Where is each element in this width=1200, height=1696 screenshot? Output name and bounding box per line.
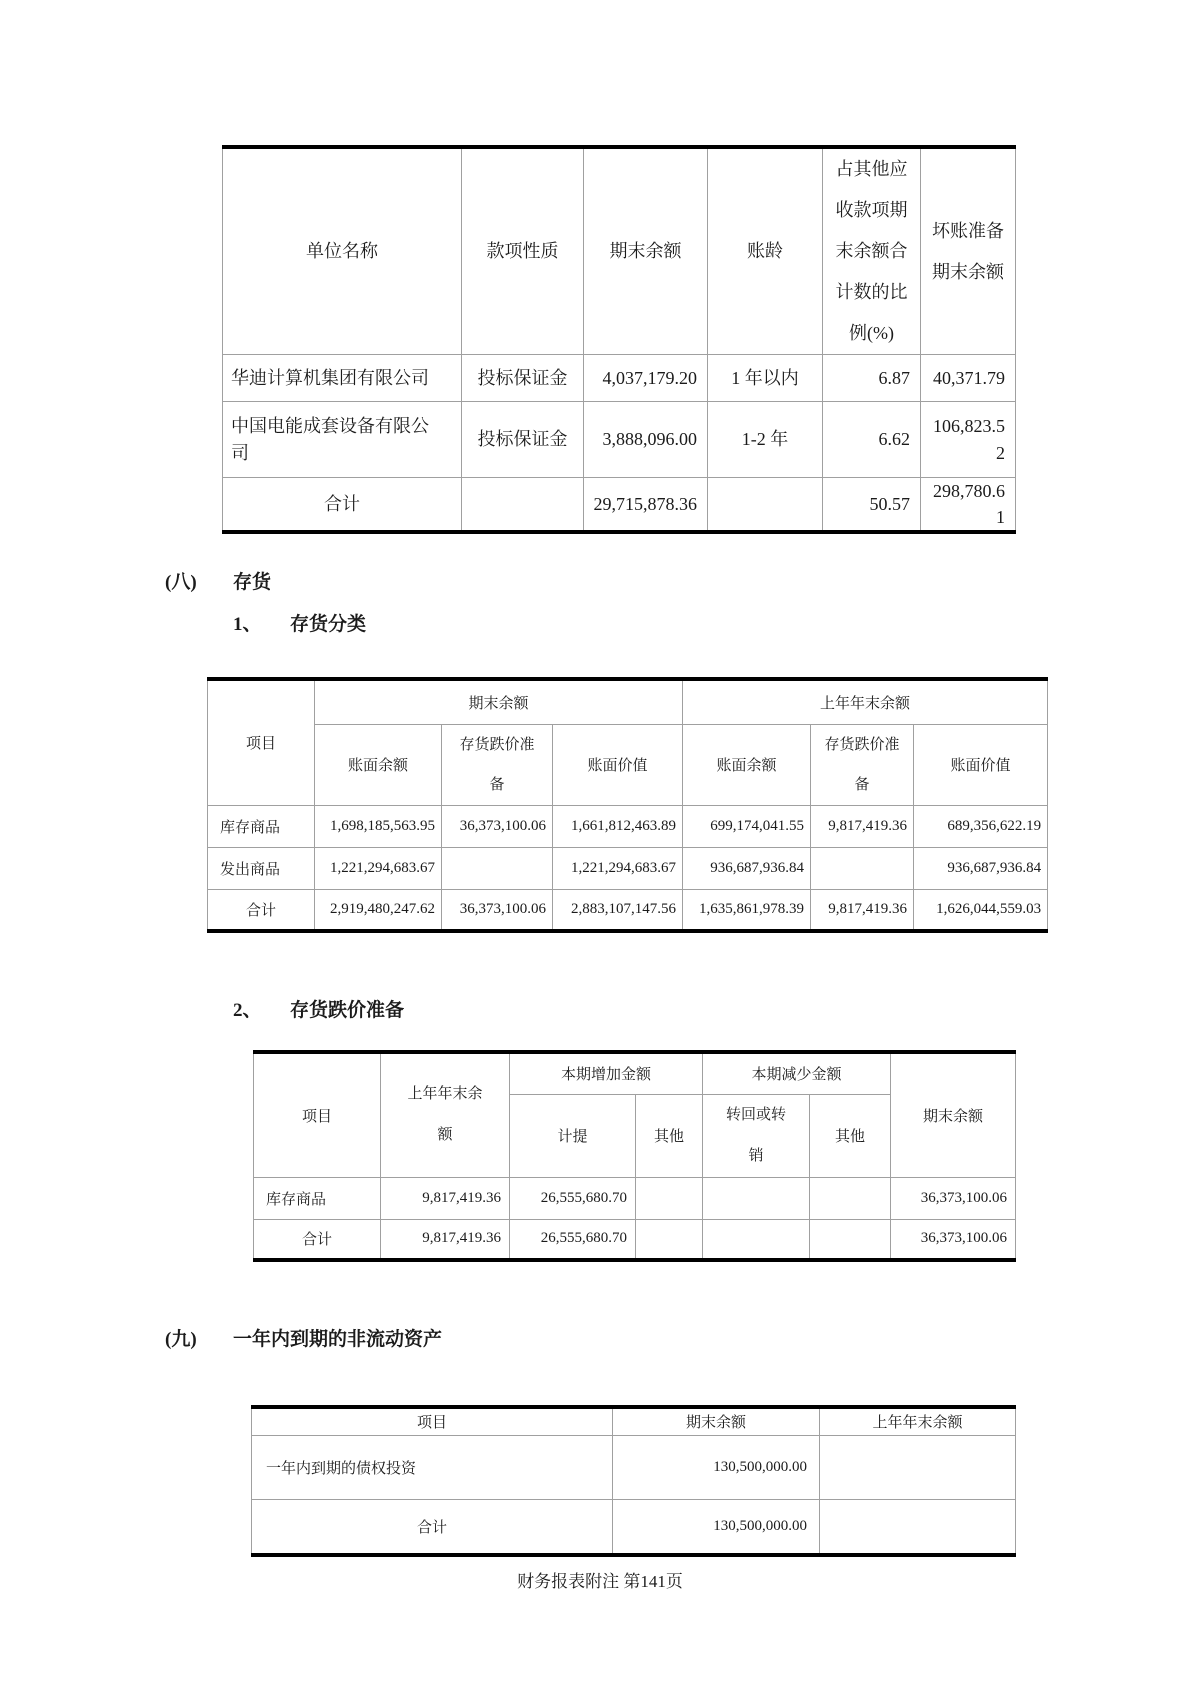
- table-row: 库存商品 9,817,419.36 26,555,680.70 36,373,1…: [254, 1177, 1016, 1219]
- t2-subheader-provision: 存货跌价准备: [811, 724, 914, 805]
- t3-cell-item: 库存商品: [254, 1177, 381, 1219]
- t3-header-prior: 上年年末余额: [381, 1052, 510, 1177]
- inventory-classification-table: 项目 期末余额 上年年末余额 账面余额 存货跌价准备 账面价值 账面余额 存货跌…: [207, 677, 1048, 933]
- t2-group-prior: 上年年末余额: [683, 679, 1048, 724]
- t1-total-label: 合计: [223, 478, 462, 533]
- t2-cell-cur-book: 1,221,294,683.67: [315, 847, 442, 889]
- t4-header-prior: 上年年末余额: [820, 1407, 1016, 1435]
- t3-total-other-inc: [636, 1219, 703, 1260]
- t1-total-nature: [462, 478, 584, 533]
- table-row: 库存商品 1,698,185,563.95 36,373,100.06 1,66…: [208, 805, 1048, 847]
- document-page: 单位名称 款项性质 期末余额 账龄 占其他应收款项期末余额合计数的比例(%) 坏…: [0, 0, 1200, 1696]
- noncurrent-assets-due-table: 项目 期末余额 上年年末余额 一年内到期的债权投资 130,500,000.00…: [251, 1405, 1016, 1557]
- t2-total-cur-val: 2,883,107,147.56: [553, 889, 683, 931]
- t1-cell-balance: 4,037,179.20: [584, 355, 708, 402]
- table-total-row: 合计 29,715,878.36 50.57 298,780.61: [223, 478, 1016, 533]
- t1-cell-balance: 3,888,096.00: [584, 402, 708, 478]
- t2-header-item: 项目: [208, 679, 315, 805]
- t1-cell-aging: 1 年以内: [708, 355, 823, 402]
- t2-subheader-value: 账面价值: [553, 724, 683, 805]
- t1-total-ratio: 50.57: [823, 478, 921, 533]
- t2-cell-pri-val: 689,356,622.19: [914, 805, 1048, 847]
- t3-subheader-reverse: 转回或转销: [703, 1094, 810, 1177]
- t3-total-reverse: [703, 1219, 810, 1260]
- t1-cell-aging: 1-2 年: [708, 402, 823, 478]
- t4-cell-item: 一年内到期的债权投资: [252, 1435, 613, 1499]
- t2-cell-pri-book: 699,174,041.55: [683, 805, 811, 847]
- t2-total-pri-val: 1,626,044,559.03: [914, 889, 1048, 931]
- t2-cell-pri-prov: [811, 847, 914, 889]
- t2-cell-cur-book: 1,698,185,563.95: [315, 805, 442, 847]
- t4-cell-prior: [820, 1435, 1016, 1499]
- t1-header-unit-name: 单位名称: [223, 147, 462, 355]
- t2-total-pri-prov: 9,817,419.36: [811, 889, 914, 931]
- t2-subheader-book: 账面余额: [315, 724, 442, 805]
- t3-cell-prior: 9,817,419.36: [381, 1177, 510, 1219]
- t3-group-increase: 本期增加金额: [510, 1052, 703, 1094]
- t3-cell-reverse: [703, 1177, 810, 1219]
- table-total-row: 合计 130,500,000.00: [252, 1499, 1016, 1555]
- t2-cell-pri-prov: 9,817,419.36: [811, 805, 914, 847]
- table-group-header-row: 项目 上年年末余额 本期增加金额 本期减少金额 期末余额: [254, 1052, 1016, 1094]
- page-footer: 财务报表附注 第141页: [0, 1570, 1200, 1594]
- table-total-row: 合计 2,919,480,247.62 36,373,100.06 2,883,…: [208, 889, 1048, 931]
- t2-subheader-book: 账面余额: [683, 724, 811, 805]
- inventory-provision-table: 项目 上年年末余额 本期增加金额 本期减少金额 期末余额 计提 其他 转回或转销…: [253, 1050, 1016, 1262]
- t3-total-accrue: 26,555,680.70: [510, 1219, 636, 1260]
- t3-total-prior: 9,817,419.36: [381, 1219, 510, 1260]
- section-9-title: 一年内到期的非流动资产: [233, 1327, 442, 1353]
- t2-total-pri-book: 1,635,861,978.39: [683, 889, 811, 931]
- t2-subheader-value: 账面价值: [914, 724, 1048, 805]
- t3-header-item: 项目: [254, 1052, 381, 1177]
- section-8-title: 存货: [233, 570, 271, 596]
- other-receivables-table: 单位名称 款项性质 期末余额 账龄 占其他应收款项期末余额合计数的比例(%) 坏…: [222, 145, 1016, 534]
- t3-cell-end: 36,373,100.06: [891, 1177, 1016, 1219]
- table-row: 中国电能成套设备有限公司 投标保证金 3,888,096.00 1-2 年 6.…: [223, 402, 1016, 478]
- t1-total-balance: 29,715,878.36: [584, 478, 708, 533]
- t2-cell-pri-val: 936,687,936.84: [914, 847, 1048, 889]
- t2-group-current: 期末余额: [315, 679, 683, 724]
- t3-subheader-other: 其他: [636, 1094, 703, 1177]
- t3-total-other-dec: [810, 1219, 891, 1260]
- t1-cell-ratio: 6.62: [823, 402, 921, 478]
- t3-total-label: 合计: [254, 1219, 381, 1260]
- t1-cell-nature: 投标保证金: [462, 402, 584, 478]
- t2-subheader-provision: 存货跌价准备: [442, 724, 553, 805]
- t4-total-prior: [820, 1499, 1016, 1555]
- subsection-2-number: 2、: [233, 998, 262, 1024]
- t2-cell-pri-book: 936,687,936.84: [683, 847, 811, 889]
- t4-cell-end: 130,500,000.00: [613, 1435, 820, 1499]
- t1-cell-nature: 投标保证金: [462, 355, 584, 402]
- t1-header-provision: 坏账准备期末余额: [921, 147, 1016, 355]
- table-row: 华迪计算机集团有限公司 投标保证金 4,037,179.20 1 年以内 6.8…: [223, 355, 1016, 402]
- t1-header-nature: 款项性质: [462, 147, 584, 355]
- t3-subheader-other: 其他: [810, 1094, 891, 1177]
- section-9-number: (九): [165, 1327, 197, 1353]
- t3-cell-accrue: 26,555,680.70: [510, 1177, 636, 1219]
- t2-total-cur-prov: 36,373,100.06: [442, 889, 553, 931]
- t4-header-item: 项目: [252, 1407, 613, 1435]
- t2-cell-cur-val: 1,661,812,463.89: [553, 805, 683, 847]
- table-row: 发出商品 1,221,294,683.67 1,221,294,683.67 9…: [208, 847, 1048, 889]
- t3-cell-other-inc: [636, 1177, 703, 1219]
- t1-cell-name: 华迪计算机集团有限公司: [223, 355, 462, 402]
- subsection-2-title: 存货跌价准备: [290, 998, 404, 1024]
- subsection-1-title: 存货分类: [290, 612, 366, 638]
- table-header-row: 项目 期末余额 上年年末余额: [252, 1407, 1016, 1435]
- t1-cell-provision: 106,823.52: [921, 402, 1016, 478]
- t2-cell-item: 库存商品: [208, 805, 315, 847]
- t3-subheader-accrue: 计提: [510, 1094, 636, 1177]
- t4-total-label: 合计: [252, 1499, 613, 1555]
- t3-header-end: 期末余额: [891, 1052, 1016, 1177]
- t1-header-balance: 期末余额: [584, 147, 708, 355]
- table-total-row: 合计 9,817,419.36 26,555,680.70 36,373,100…: [254, 1219, 1016, 1260]
- subsection-1-number: 1、: [233, 612, 262, 638]
- table-group-header-row: 项目 期末余额 上年年末余额: [208, 679, 1048, 724]
- t3-cell-other-dec: [810, 1177, 891, 1219]
- table-row: 一年内到期的债权投资 130,500,000.00: [252, 1435, 1016, 1499]
- t2-total-cur-book: 2,919,480,247.62: [315, 889, 442, 931]
- t1-cell-name: 中国电能成套设备有限公司: [223, 402, 462, 478]
- t1-cell-provision: 40,371.79: [921, 355, 1016, 402]
- t2-total-label: 合计: [208, 889, 315, 931]
- t2-cell-cur-prov: 36,373,100.06: [442, 805, 553, 847]
- t2-cell-cur-prov: [442, 847, 553, 889]
- table-header-row: 单位名称 款项性质 期末余额 账龄 占其他应收款项期末余额合计数的比例(%) 坏…: [223, 147, 1016, 355]
- table-subheader-row: 账面余额 存货跌价准备 账面价值 账面余额 存货跌价准备 账面价值: [208, 724, 1048, 805]
- t3-total-end: 36,373,100.06: [891, 1219, 1016, 1260]
- t4-header-end: 期末余额: [613, 1407, 820, 1435]
- t2-cell-cur-val: 1,221,294,683.67: [553, 847, 683, 889]
- t1-header-ratio: 占其他应收款项期末余额合计数的比例(%): [823, 147, 921, 355]
- t4-total-end: 130,500,000.00: [613, 1499, 820, 1555]
- t1-header-aging: 账龄: [708, 147, 823, 355]
- section-8-number: (八): [165, 570, 197, 596]
- t1-total-provision: 298,780.61: [921, 478, 1016, 533]
- t1-cell-ratio: 6.87: [823, 355, 921, 402]
- t1-total-aging: [708, 478, 823, 533]
- t2-cell-item: 发出商品: [208, 847, 315, 889]
- t3-group-decrease: 本期减少金额: [703, 1052, 891, 1094]
